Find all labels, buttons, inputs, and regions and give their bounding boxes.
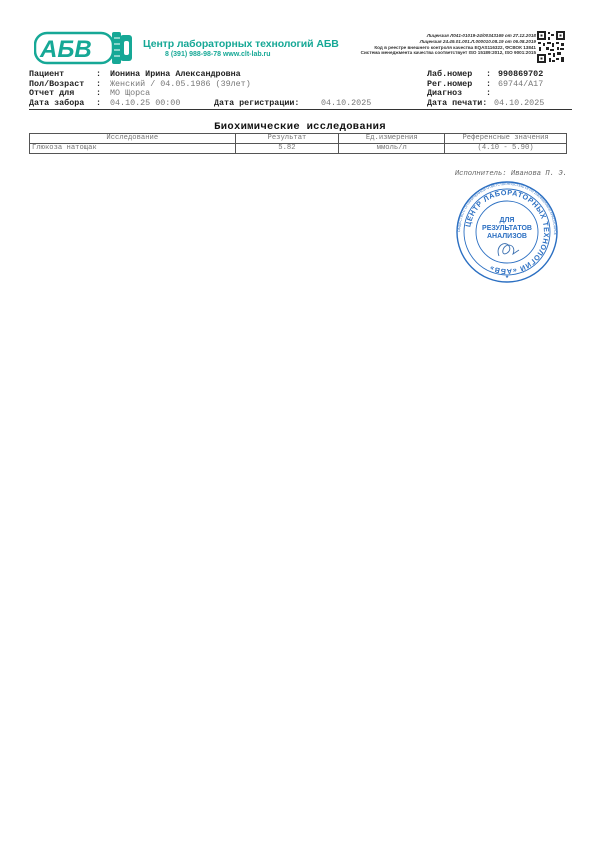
license-info: Лицензия Л041-01019-24/00343169 от 27.12… — [361, 33, 536, 56]
test-reference: (4.10 - 5.90) — [445, 144, 567, 154]
collection-date-value: 04.10.25 00:00 — [110, 99, 180, 109]
logo-text: АБВ — [39, 36, 92, 63]
signature-icon — [498, 244, 519, 256]
dates-row: Дата забора : 04.10.25 00:00 Дата регист… — [29, 99, 572, 109]
section-title: Биохимические исследования — [0, 121, 600, 133]
column-header: Исследование — [30, 134, 236, 144]
brand-name: Центр лабораторных технологий АБВ — [143, 38, 339, 50]
column-header: Референсные значения — [445, 134, 567, 144]
brand-block: Центр лабораторных технологий АБВ 8 (391… — [143, 38, 339, 58]
test-unit: ммоль/л — [339, 144, 445, 154]
column-header: Результат — [235, 134, 339, 144]
executor: Исполнитель: Иванова П. Э. — [455, 170, 567, 178]
stamp-center-line: ДЛЯ — [500, 217, 515, 224]
abv-logo: АБВ — [34, 30, 134, 66]
results-table: Исследование Результат Ед.измерения Рефе… — [29, 133, 567, 154]
stamp-seal: ОБЩЕСТВО С ОГРАНИЧЕННОЙ ОТВЕТСТВЕННОСТЬЮ… — [455, 180, 559, 284]
column-header: Ед.измерения — [339, 134, 445, 144]
print-date-value: 04.10.2025 — [494, 99, 544, 109]
reg-number-value: 69744/A17 — [498, 80, 543, 90]
header-divider — [29, 109, 572, 110]
colon: : — [96, 99, 101, 109]
brand-contact: 8 (391) 988-98-78 www.clt-lab.ru — [165, 51, 339, 58]
qr-code-icon — [537, 31, 565, 63]
registration-date-value: 04.10.2025 — [321, 99, 371, 109]
print-date-label: Дата печати: — [427, 99, 487, 109]
stamp-center-line: АНАЛИЗОВ — [487, 233, 527, 240]
table-row: Глюкоза натощак 5.82 ммоль/л (4.10 - 5.9… — [30, 144, 567, 154]
license-line: Система менеджмента качества соответству… — [361, 50, 536, 56]
registration-date-label: Дата регистрации: — [214, 99, 299, 109]
stamp-center-line: РЕЗУЛЬТАТОВ — [482, 225, 532, 232]
test-name: Глюкоза натощак — [30, 144, 236, 154]
test-result: 5.82 — [235, 144, 339, 154]
patient-info: Пациент : Ионина Ирина Александровна Лаб… — [29, 70, 572, 108]
svg-text:★: ★ — [505, 273, 509, 280]
collection-date-label: Дата забора — [29, 99, 84, 109]
table-header-row: Исследование Результат Ед.измерения Рефе… — [30, 134, 567, 144]
